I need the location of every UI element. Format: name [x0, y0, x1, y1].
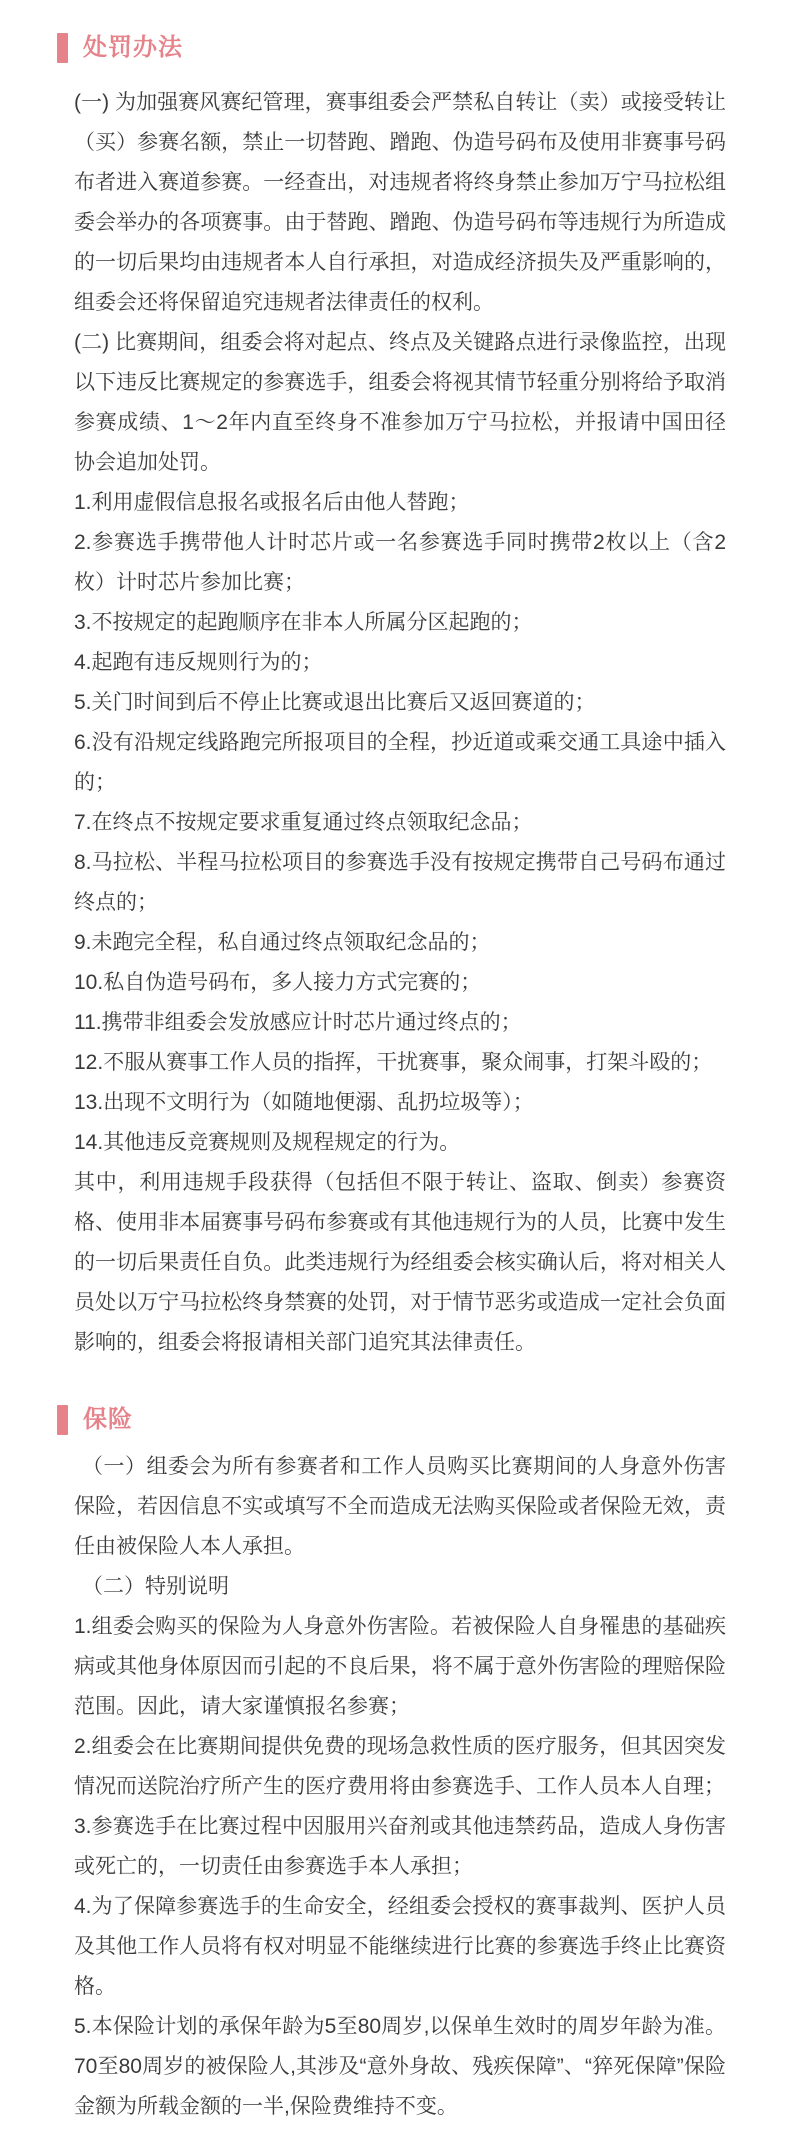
- penalty-item-5: 5.关门时间到后不停止比赛或退出比赛后又返回赛道的；: [74, 683, 726, 723]
- penalty-item-6: 6.没有沿规定线路跑完所报项目的全程，抄近道或乘交通工具途中插入的；: [74, 723, 726, 803]
- section-title-penalty: 处罚办法: [83, 33, 183, 63]
- section-marker-bar: [57, 33, 68, 63]
- insurance-item-3: 3.参赛选手在比赛过程中因服用兴奋剂或其他违禁药品，造成人身伤害或死亡的，一切责…: [74, 1807, 726, 1887]
- section-insurance: 保险 （一）组委会为所有参赛者和工作人员购买比赛期间的人身意外伤害保险，若因信息…: [0, 1405, 800, 2127]
- penalty-item-2: 2.参赛选手携带他人计时芯片或一名参赛选手同时携带2枚以上（含2枚）计时芯片参加…: [74, 523, 726, 603]
- penalty-item-7: 7.在终点不按规定要求重复通过终点领取纪念品；: [74, 803, 726, 843]
- section-title-insurance: 保险: [83, 1405, 133, 1435]
- insurance-item-4: 4.为了保障参赛选手的生命安全，经组委会授权的赛事裁判、医护人员及其他工作人员将…: [74, 1887, 726, 2007]
- rules-document: 处罚办法 (一) 为加强赛风赛纪管理，赛事组委会严禁私自转让（卖）或接受转让（买…: [0, 0, 800, 2140]
- penalty-item-8: 8.马拉松、半程马拉松项目的参赛选手没有按规定携带自己号码布通过终点的；: [74, 843, 726, 923]
- section-content-penalty: (一) 为加强赛风赛纪管理，赛事组委会严禁私自转让（卖）或接受转让（买）参赛名额…: [0, 83, 800, 1363]
- penalty-item-4: 4.起跑有违反规则行为的；: [74, 643, 726, 683]
- section-header-penalty: 处罚办法: [57, 33, 800, 63]
- penalty-paragraph-2: (二) 比赛期间，组委会将对起点、终点及关键路点进行录像监控，出现以下违反比赛规…: [74, 323, 726, 483]
- section-marker-bar: [57, 1405, 68, 1435]
- insurance-item-5: 5.本保险计划的承保年龄为5至80周岁,以保单生效时的周岁年龄为准。70至80周…: [74, 2007, 726, 2127]
- bottom-padding: [0, 2127, 800, 2140]
- insurance-item-2: 2.组委会在比赛期间提供免费的现场急救性质的医疗服务，但其因突发情况而送院治疗所…: [74, 1727, 726, 1807]
- penalty-item-9: 9.未跑完全程，私自通过终点领取纪念品的；: [74, 923, 726, 963]
- penalty-item-11: 11.携带非组委会发放感应计时芯片通过终点的；: [74, 1003, 726, 1043]
- section-header-insurance: 保险: [57, 1405, 800, 1435]
- penalty-item-13: 13.出现不文明行为（如随地便溺、乱扔垃圾等）；: [74, 1083, 726, 1123]
- section-penalty: 处罚办法 (一) 为加强赛风赛纪管理，赛事组委会严禁私自转让（卖）或接受转让（买…: [0, 33, 800, 1363]
- insurance-paragraph-1: （一）组委会为所有参赛者和工作人员购买比赛期间的人身意外伤害保险，若因信息不实或…: [74, 1447, 726, 1567]
- penalty-item-14: 14.其他违反竞赛规则及规程规定的行为。: [74, 1123, 726, 1163]
- penalty-item-10: 10.私自伪造号码布，多人接力方式完赛的；: [74, 963, 726, 1003]
- penalty-item-1: 1.利用虚假信息报名或报名后由他人替跑；: [74, 483, 726, 523]
- penalty-closing-paragraph: 其中，利用违规手段获得（包括但不限于转让、盗取、倒卖）参赛资格、使用非本届赛事号…: [74, 1163, 726, 1363]
- penalty-paragraph-1: (一) 为加强赛风赛纪管理，赛事组委会严禁私自转让（卖）或接受转让（买）参赛名额…: [74, 83, 726, 323]
- insurance-paragraph-2: （二）特别说明: [74, 1567, 726, 1607]
- insurance-item-1: 1.组委会购买的保险为人身意外伤害险。若被保险人自身罹患的基础疾病或其他身体原因…: [74, 1607, 726, 1727]
- penalty-item-3: 3.不按规定的起跑顺序在非本人所属分区起跑的；: [74, 603, 726, 643]
- penalty-item-12: 12.不服从赛事工作人员的指挥，干扰赛事，聚众闹事，打架斗殴的；: [74, 1043, 726, 1083]
- section-content-insurance: （一）组委会为所有参赛者和工作人员购买比赛期间的人身意外伤害保险，若因信息不实或…: [0, 1447, 800, 2127]
